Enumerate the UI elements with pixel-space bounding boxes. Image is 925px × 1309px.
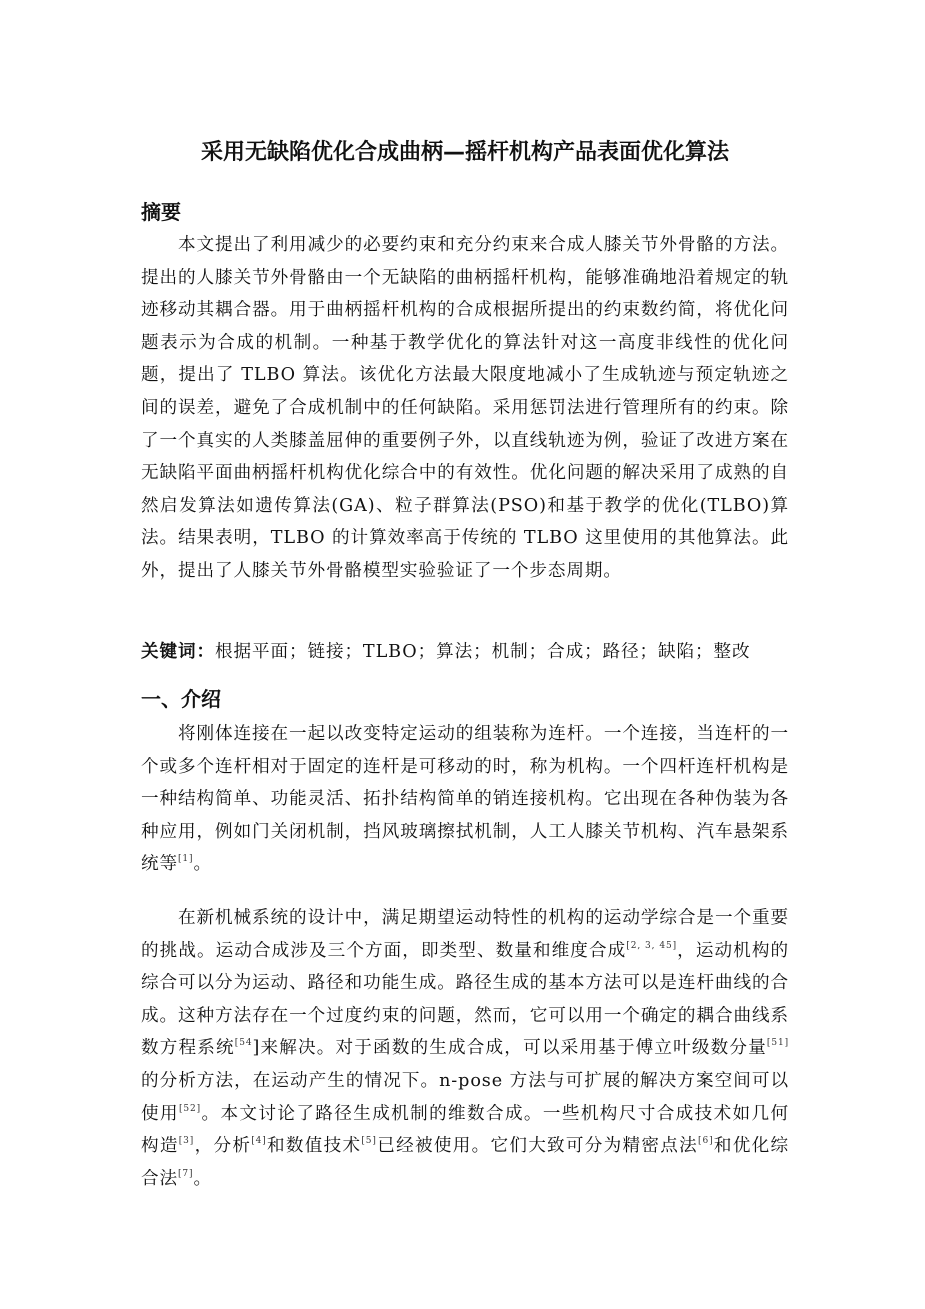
intro-paragraph-1: 将刚体连接在一起以改变特定运动的组装称为连杆。一个连接，当连杆的一个或多个连杆相…	[141, 718, 789, 881]
keywords-text: 根据平面；链接；TLBO；算法；机制；合成；路径；缺陷；整改	[215, 642, 751, 662]
citation: [52]	[179, 1104, 201, 1114]
p2-text: ，分析	[194, 1136, 251, 1156]
abstract-text: 本文提出了利用减少的必要约束和充分约束来合成人膝关节外骨骼的方法。提出的人膝关节…	[141, 229, 789, 588]
citation: [2, 3, 45]	[626, 941, 677, 951]
p1-text: 将刚体连接在一起以改变特定运动的组装称为连杆。一个连接，当连杆的一个或多个连杆相…	[141, 724, 789, 874]
p2-text: 已经被使用。它们大致可分为精密点法	[377, 1136, 698, 1156]
keywords-label: 关键词：	[141, 642, 215, 662]
citation: [1]	[178, 854, 193, 864]
citation: [3]	[179, 1136, 194, 1146]
citation: [51]	[767, 1038, 789, 1048]
section-heading-introduction: 一、介绍	[141, 683, 221, 712]
paper-title: 采用无缺陷优化合成曲柄—摇杆机构产品表面优化算法	[141, 135, 789, 166]
abstract-heading: 摘要	[141, 196, 181, 225]
citation: [54	[235, 1038, 253, 1048]
citation: [6]	[698, 1136, 713, 1146]
citation: [5]	[361, 1136, 376, 1146]
intro-paragraph-2: 在新机械系统的设计中，满足期望运动特性的机构的运动学综合是一个重要的挑战。运动合…	[141, 902, 789, 1195]
p2-text: ]来解决。对于函数的生成合成，可以采用基于傅立叶级数分量	[252, 1038, 766, 1058]
citation: [7]	[178, 1169, 193, 1179]
p2-text: 。	[193, 1169, 212, 1189]
p2-text: 和数值技术	[267, 1136, 362, 1156]
citation: [4]	[251, 1136, 266, 1146]
p1-end: 。	[193, 854, 212, 874]
keywords-line: 关键词：根据平面；链接；TLBO；算法；机制；合成；路径；缺陷；整改	[141, 638, 751, 663]
